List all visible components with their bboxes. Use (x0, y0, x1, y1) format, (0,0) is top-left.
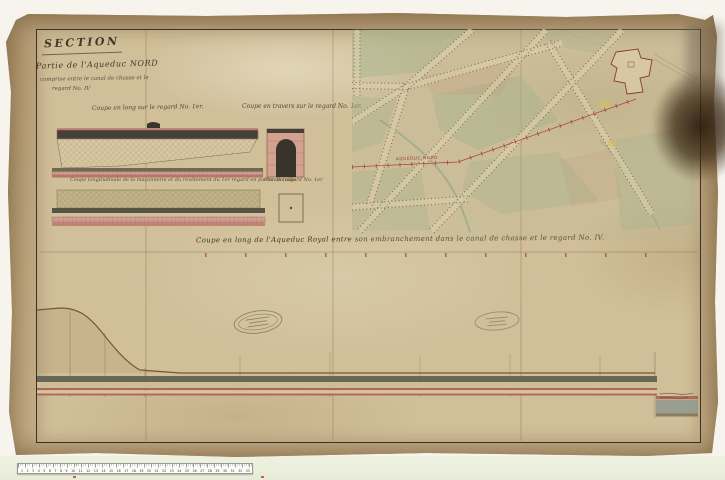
caption-cross-section: Coupe en travers sur le regard No. 1er. (242, 103, 362, 110)
aqueduct-band-step (656, 393, 698, 416)
section-drawings (45, 118, 315, 238)
regard-plan-square (279, 194, 303, 222)
cross-section-drawing (267, 129, 304, 177)
profile-red-ticks (205, 253, 647, 257)
long-section-drawing (52, 122, 263, 178)
sheet-subtitle-detail2: regard No. IV (52, 86, 90, 92)
plan-strip-drawing (52, 190, 265, 226)
registration-mark (73, 476, 76, 478)
aqueduct-map: AQUEDUC NORD (352, 29, 699, 240)
archive-stamp (233, 308, 284, 336)
corner-stain (686, 24, 722, 96)
scale-ruler: 1234567891011121314151617181920212223242… (17, 463, 253, 474)
registration-mark (261, 476, 264, 478)
archive-stamp (474, 310, 519, 332)
terrain-profile (37, 308, 655, 373)
aqueduct-band (37, 376, 657, 396)
profile-section-lines (70, 312, 655, 418)
sheet-title: SECTION (44, 35, 120, 51)
scanned-plan-page: { "title_block": { "line1": "SECTION", "… (0, 0, 725, 480)
ruler-numbers: 1234567891011121314151617181920212223242… (21, 470, 250, 473)
aqueduct-profile (36, 244, 699, 441)
